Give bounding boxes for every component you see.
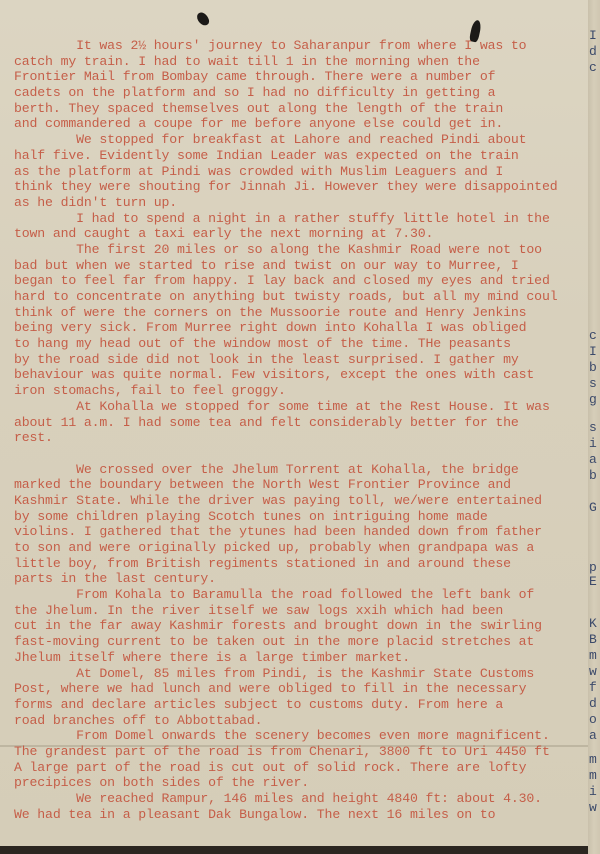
- text-line: half five. Evidently some Indian Leader …: [14, 148, 594, 164]
- underlying-text-fragment: w: [589, 800, 597, 815]
- text-line: as he didn't turn up.: [14, 195, 594, 211]
- text-line: little boy, from British regiments stati…: [14, 556, 594, 572]
- page-bottom-shadow: [0, 846, 588, 854]
- text-line: by the road side did not look in the lea…: [14, 352, 594, 368]
- underlying-text-fragment: K: [589, 616, 597, 631]
- text-line: road branches off to Abbottabad.: [14, 713, 594, 729]
- text-line: precipices on both sides of the river.: [14, 775, 594, 791]
- underlying-text-fragment: I: [589, 344, 597, 359]
- underlying-text-fragment: I: [589, 28, 597, 43]
- text-line: to hang my head out of the window most o…: [14, 336, 594, 352]
- text-line: Post, where we had lunch and were oblige…: [14, 681, 594, 697]
- text-line: Kashmir State. While the driver was payi…: [14, 493, 594, 509]
- text-line: Frontier Mail from Bombay came through. …: [14, 69, 594, 85]
- text-line: rest.: [14, 430, 594, 446]
- underlying-text-fragment: B: [589, 632, 597, 647]
- text-line: Jhelum itself where there is a large tim…: [14, 650, 594, 666]
- underlying-text-fragment: m: [589, 768, 597, 783]
- text-line: as the platform at Pindi was crowded wit…: [14, 164, 594, 180]
- text-line: At Domel, 85 miles from Pindi, is the Ka…: [14, 666, 594, 682]
- underlying-text-fragment: E: [589, 574, 597, 589]
- text-line: fast-moving current to be taken out in t…: [14, 634, 594, 650]
- text-line: think they were shouting for Jinnah Ji. …: [14, 179, 594, 195]
- text-line: hard to concentrate on anything but twis…: [14, 289, 594, 305]
- text-line: It was 2½ hours' journey to Saharanpur f…: [14, 38, 594, 54]
- underlying-text-fragment: d: [589, 44, 597, 59]
- underlying-text-fragment: b: [589, 468, 597, 483]
- text-line: town and caught a taxi early the next mo…: [14, 226, 594, 242]
- text-line: by some children playing Scotch tunes on…: [14, 509, 594, 525]
- underlying-text-fragment: a: [589, 728, 597, 743]
- underlying-text-fragment: s: [589, 376, 597, 391]
- underlying-text-fragment: m: [589, 648, 597, 663]
- underlying-text-fragment: i: [589, 436, 597, 451]
- text-line: iron stomachs, fail to feel groggy.: [14, 383, 594, 399]
- underlying-page-edge: IdccIbsgsiabGpEKBmwfdoammiw: [588, 0, 600, 854]
- text-line: think of were the corners on the Mussoor…: [14, 305, 594, 321]
- text-line: At Kohalla we stopped for some time at t…: [14, 399, 594, 415]
- underlying-text-fragment: s: [589, 420, 597, 435]
- text-line: [14, 446, 594, 462]
- text-line: We reached Rampur, 146 miles and height …: [14, 791, 594, 807]
- underlying-text-fragment: c: [589, 60, 597, 75]
- text-line: violins. I gathered that the ytunes had …: [14, 524, 594, 540]
- text-line: cadets on the platform and so I had no d…: [14, 85, 594, 101]
- text-line: bad but when we started to rise and twis…: [14, 258, 594, 274]
- text-line: I had to spend a night in a rather stuff…: [14, 211, 594, 227]
- underlying-text-fragment: G: [589, 500, 597, 515]
- text-line: We had tea in a pleasant Dak Bungalow. T…: [14, 807, 594, 823]
- text-line: The grandest part of the road is from Ch…: [14, 744, 594, 760]
- underlying-text-fragment: o: [589, 712, 597, 727]
- text-line: We stopped for breakfast at Lahore and r…: [14, 132, 594, 148]
- underlying-text-fragment: a: [589, 452, 597, 467]
- text-line: began to feel far from happy. I lay back…: [14, 273, 594, 289]
- text-line: From Domel onwards the scenery becomes e…: [14, 728, 594, 744]
- text-line: cut in the far away Kashmir forests and …: [14, 618, 594, 634]
- underlying-text-fragment: w: [589, 664, 597, 679]
- text-line: forms and declare articles subject to cu…: [14, 697, 594, 713]
- typewritten-body-text: It was 2½ hours' journey to Saharanpur f…: [14, 38, 594, 822]
- text-line: We crossed over the Jhelum Torrent at Ko…: [14, 462, 594, 478]
- text-line: The first 20 miles or so along the Kashm…: [14, 242, 594, 258]
- underlying-text-fragment: d: [589, 696, 597, 711]
- underlying-text-fragment: m: [589, 752, 597, 767]
- document-page: It was 2½ hours' journey to Saharanpur f…: [0, 0, 588, 846]
- text-line: catch my train. I had to wait till 1 in …: [14, 54, 594, 70]
- text-line: A large part of the road is cut out of s…: [14, 760, 594, 776]
- underlying-text-fragment: p: [589, 560, 597, 575]
- text-line: being very sick. From Murree right down …: [14, 320, 594, 336]
- text-line: about 11 a.m. I had some tea and felt co…: [14, 415, 594, 431]
- text-line: the Jhelum. In the river itself we saw l…: [14, 603, 594, 619]
- text-line: to son and were originally picked up, pr…: [14, 540, 594, 556]
- ink-blot: [195, 10, 211, 27]
- text-line: behaviour was quite normal. Few visitors…: [14, 367, 594, 383]
- underlying-text-fragment: g: [589, 392, 597, 407]
- underlying-text-fragment: c: [589, 328, 597, 343]
- text-line: parts in the last century.: [14, 571, 594, 587]
- text-line: From Kohala to Baramulla the road follow…: [14, 587, 594, 603]
- underlying-text-fragment: f: [589, 680, 597, 695]
- underlying-text-fragment: i: [589, 784, 597, 799]
- underlying-text-fragment: b: [589, 360, 597, 375]
- text-line: berth. They spaced themselves out along …: [14, 101, 594, 117]
- text-line: and commandered a coupe for me before an…: [14, 116, 594, 132]
- text-line: marked the boundary between the North We…: [14, 477, 594, 493]
